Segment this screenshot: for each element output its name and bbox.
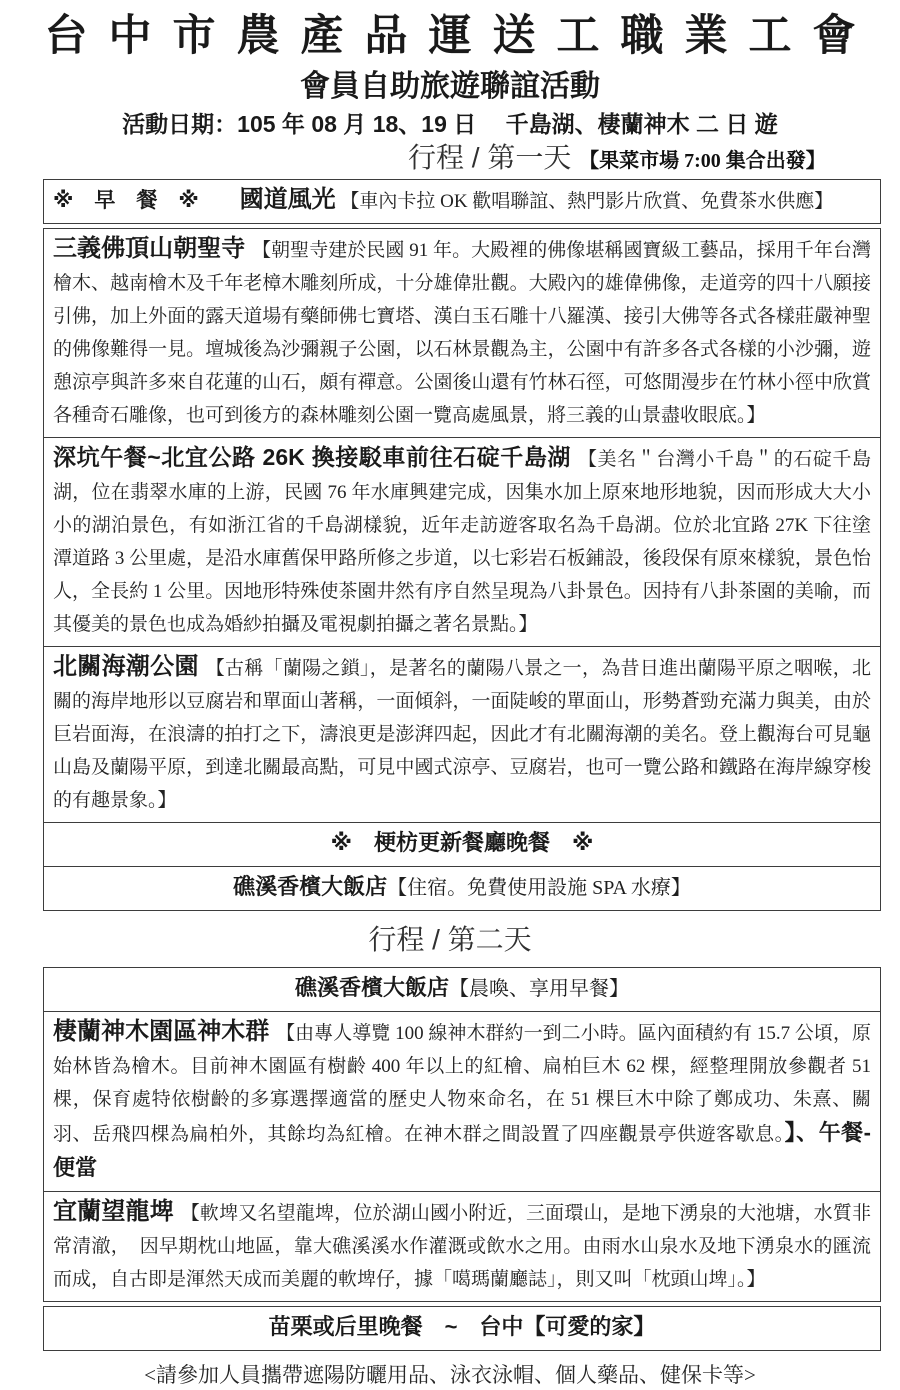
day2-hotel-morning-row: 礁溪香檳大飯店【晨喚、享用早餐】: [43, 967, 881, 1012]
day1-attraction-row-thousand-island-lake: 深坑午餐~北宜公路 26K 換接駁車前往石碇千島湖 【美名＂台灣小千島＂的石碇千…: [43, 437, 881, 647]
sanyi-temple-title: 三義佛頂山朝聖寺: [53, 235, 252, 262]
day2-heading: 行程 / 第二天: [0, 922, 900, 958]
day1-assembly-note: 【果菜市場 7:00 集合出發】: [579, 150, 826, 172]
day2-itinerary-table: 礁溪香檳大飯店【晨喚、享用早餐】 棲蘭神木園區神木群 【由專人導覽 100 線神…: [43, 967, 881, 1351]
hotel-name: 礁溪香檳大飯店: [233, 874, 387, 899]
highway-scenery-desc: 【車內卡拉 OK 歡唱聯誼、熱門影片欣賞、免費茶水供應】: [340, 191, 833, 212]
event-date-line: 活動日期：105 年 08 月 18、19 日 千島湖、棲蘭神木 二 日 遊: [0, 108, 900, 140]
hotel-lodging-note: 【住宿。免費使用設施 SPA 水療】: [387, 877, 691, 899]
sanyi-temple-desc: 【朝聖寺建於民國 91 年。大殿裡的佛像堪稱國寶級工藝品，採用千年台灣檜木、越南…: [53, 240, 871, 426]
day2-attraction-row-wanglongpi: 宜蘭望龍埤 【軟埤又名望龍埤，位於湖山國小附近，三面環山，是地下湧泉的大池塘，水…: [43, 1191, 881, 1302]
page-title: 台中市農產品運送工職業工會: [0, 10, 900, 62]
packing-reminder-note: <請參加人員攜帶遮陽防曬用品、泳衣泳帽、個人藥品、健保卡等>: [0, 1360, 900, 1390]
qilan-giant-trees-title: 棲蘭神木園區神木群: [53, 1018, 276, 1045]
day1-attraction-row-beiguan: 北關海潮公園 【古稱「蘭陽之鎖」，是著名的蘭陽八景之一，為昔日進出蘭陽平原之咽喉…: [43, 646, 881, 823]
day2-return-row: 苗栗或后里晚餐 ~ 台中【可愛的家】: [43, 1306, 881, 1351]
day1-dinner-row: ※ 梗枋更新餐廳晚餐 ※: [43, 822, 881, 867]
page-subtitle: 會員自助旅遊聯誼活動: [0, 68, 900, 106]
beiguan-park-desc: 【古稱「蘭陽之鎖」，是著名的蘭陽八景之一，為昔日進出蘭陽平原之咽喉，北關的海岸地…: [53, 658, 871, 811]
thousand-island-lake-desc: 【美名＂台灣小千島＂的石碇千島湖，位在翡翠水庫的上游，民國 76 年水庫興建完成…: [53, 449, 871, 635]
hotel-name-morning: 礁溪香檳大飯店: [295, 975, 449, 1000]
itinerary-document: 台中市農產品運送工職業工會 會員自助旅遊聯誼活動 活動日期：105 年 08 月…: [0, 0, 900, 1390]
breakfast-badge: ※ 早 餐 ※: [53, 189, 199, 212]
day1-heading: 行程 / 第一天 【果菜市場 7:00 集合出發】: [0, 140, 900, 179]
thousand-island-lake-title: 深坑午餐~北宜公路 26K 換接駁車前往石碇千島湖: [53, 444, 578, 470]
day1-attraction-row-sanyi: 三義佛頂山朝聖寺 【朝聖寺建於民國 91 年。大殿裡的佛像堪稱國寶級工藝品，採用…: [43, 228, 881, 438]
day1-hotel-row: 礁溪香檳大飯店【住宿。免費使用設施 SPA 水療】: [43, 866, 881, 911]
dinner-label: ※ 梗枋更新餐廳晚餐 ※: [331, 830, 594, 855]
wanglongpi-title: 宜蘭望龍埤: [53, 1198, 181, 1225]
day1-heading-label: 行程 / 第一天: [408, 142, 571, 173]
return-home-label: 苗栗或后里晚餐 ~ 台中【可愛的家】: [269, 1314, 656, 1339]
beiguan-park-title: 北關海潮公園: [53, 653, 206, 680]
day1-itinerary-table: ※ 早 餐 ※ 國道風光 【車內卡拉 OK 歡唱聯誼、熱門影片欣賞、免費茶水供應…: [43, 179, 881, 911]
day2-attraction-row-qilan: 棲蘭神木園區神木群 【由專人導覽 100 線神木群約一到二小時。區內面積約有 1…: [43, 1011, 881, 1192]
highway-scenery-title: 國道風光: [240, 186, 336, 213]
day1-breakfast-row: ※ 早 餐 ※ 國道風光 【車內卡拉 OK 歡唱聯誼、熱門影片欣賞、免費茶水供應…: [43, 179, 881, 224]
hotel-morning-note: 【晨喚、享用早餐】: [449, 978, 629, 1000]
